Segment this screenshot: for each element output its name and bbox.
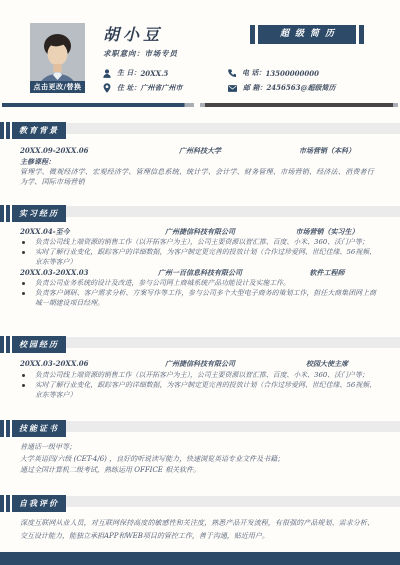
section-strip — [66, 206, 400, 217]
location-pin-icon — [103, 83, 111, 93]
skill-line: 通过全国计算机二级考试，熟练运用 OFFICE 相关软件。 — [20, 465, 374, 477]
bullet-text: 负责公司线上端资源的销售工作（以开拓客户为主），公司主要资源以智汇推、百度、小米… — [35, 370, 376, 380]
section-title-internship: 实习经历 — [12, 205, 66, 222]
mail-icon — [228, 85, 237, 92]
phone-value: 13500000000 — [265, 69, 319, 78]
birthday-value: 20XX.5 — [140, 69, 168, 78]
entry-role: 软件工程师 — [280, 268, 374, 278]
section-header-education: 教育背景 — [0, 122, 400, 139]
email-row: 邮 箱： 2456563@超级简历 — [228, 83, 336, 93]
education-school: 广州科技大学 — [120, 146, 280, 156]
section-accent-bar — [6, 122, 10, 139]
section-strip — [66, 421, 400, 432]
section-title-education: 教育背景 — [12, 122, 66, 139]
entry-company: 广州一百信息科技有限公司 — [120, 268, 280, 278]
entry-role: 市场营销（实习生） — [280, 227, 374, 237]
bullet-dot — [22, 292, 25, 295]
bullet-dot — [22, 282, 25, 285]
internship-entry-row: 20XX.03-20XX.03 广州一百信息科技有限公司 软件工程师 — [20, 268, 374, 278]
brand-badge: 超级简历 — [250, 25, 364, 44]
badge-label: 超级简历 — [258, 25, 356, 44]
photo-replace-button[interactable]: 点击更改/替换 — [30, 81, 85, 93]
internship-entry-row: 20XX.04-至今 广州捷信科技有限公司 市场营销（实习生） — [20, 227, 374, 237]
section-accent-bar — [6, 336, 10, 353]
section-accent-bar — [6, 205, 10, 222]
section-strip — [66, 123, 400, 134]
entry-role: 校园大使主席 — [280, 359, 374, 369]
section-title-evaluation: 自我评价 — [12, 495, 66, 512]
bullet-dot — [22, 384, 25, 387]
header-divider — [0, 103, 400, 107]
section-accent-bar — [0, 495, 4, 512]
bullet-item: 负责公司线上端资源的销售工作（以开拓客户为主），公司主要资源以智汇推、百度、小米… — [22, 237, 376, 247]
entry-date: 20XX.04-至今 — [20, 227, 120, 237]
address-label: 住 址： — [117, 83, 140, 93]
bullet-dot — [22, 251, 25, 254]
entry-date: 20XX.03-20XX.03 — [20, 268, 120, 278]
section-title-campus: 校园经历 — [12, 336, 66, 353]
section-header-internship: 实习经历 — [0, 205, 400, 222]
phone-row: 电 话： 13500000000 — [228, 68, 319, 78]
skill-line: 大学英语四/六级 (CET-4/6) ，良好的听说读写能力，快速浏览英语专业文件… — [20, 454, 374, 466]
person-icon — [103, 69, 111, 78]
section-strip — [66, 337, 400, 348]
bullet-item: 实时了解行业变化，跟踪客户的详细数据，为客户制定更完善的投放计划（合作过珍爱网、… — [22, 380, 376, 400]
email-value: 2456563@超级简历 — [266, 83, 335, 93]
divider-left-bar — [2, 103, 194, 107]
section-title-skills: 技能证书 — [12, 420, 66, 437]
phone-label: 电 话： — [242, 68, 265, 78]
candidate-name: 胡小豆 — [103, 22, 163, 45]
section-accent-bar — [0, 420, 4, 437]
resume-page: 点击更改/替换 胡小豆 求职意向：市场专员 生 日： 20XX.5 住 址： 广… — [0, 0, 400, 565]
skills-list: 普通话一级甲等； 大学英语四/六级 (CET-4/6) ，良好的听说读写能力，快… — [20, 442, 374, 477]
entry-date: 20XX.03-20XX.06 — [20, 359, 120, 369]
bullet-item: 负责客户调研、客户需求分析、方案写作等工作，参与公司多个大型电子商务的策划工作，… — [22, 288, 376, 308]
profile-photo: 点击更改/替换 — [30, 23, 85, 93]
section-strip — [66, 496, 400, 507]
bullet-dot — [22, 374, 25, 377]
bullet-dot — [22, 241, 25, 244]
bullet-text: 负责客户调研、客户需求分析、方案写作等工作，参与公司多个大型电子商务的策划工作，… — [35, 288, 376, 308]
address-value: 广州省广州市 — [140, 83, 182, 93]
address-row: 住 址： 广州省广州市 — [103, 83, 182, 93]
section-accent-bar — [6, 495, 10, 512]
evaluation-text: 深度互联网从业人员，对互联网保持高度的敏感性和关注度，熟悉产品开发流程，有很强的… — [20, 517, 374, 543]
objective-label: 求职意向： — [103, 49, 145, 58]
education-entry-row: 20XX.09-20XX.06 广州科技大学 市场营销（本科） — [20, 146, 374, 156]
bullet-text: 负责公司业务系统的设计及改进，参与公司网上商城系统产品功能设计及实施工作。 — [35, 278, 376, 288]
email-label: 邮 箱： — [243, 83, 266, 93]
section-accent-bar — [0, 205, 4, 222]
section-accent-bar — [6, 420, 10, 437]
section-header-evaluation: 自我评价 — [0, 495, 400, 512]
bullet-text: 实时了解行业变化，跟踪客户的详细数据，为客户制定更完善的投放计划（合作过珍爱网、… — [35, 247, 376, 267]
courses-list: 管理学、微观经济学、宏观经济学、管理信息系统、统计学、会计学、财务管理、市场营销… — [20, 167, 374, 187]
birthday-row: 生 日： 20XX.5 — [103, 68, 168, 78]
section-accent-bar — [0, 122, 4, 139]
campus-entry-row: 20XX.03-20XX.06 广州捷信科技有限公司 校园大使主席 — [20, 359, 374, 369]
courses-label: 主修课程： — [20, 157, 374, 167]
skill-line: 普通话一级甲等； — [20, 442, 374, 454]
objective-value: 市场专员 — [145, 49, 178, 58]
phone-icon — [228, 69, 236, 77]
bullet-text: 实时了解行业变化，跟踪客户的详细数据，为客户制定更完善的投放计划（合作过珍爱网、… — [35, 380, 376, 400]
bullet-item: 负责公司线上端资源的销售工作（以开拓客户为主），公司主要资源以智汇推、百度、小米… — [22, 370, 376, 380]
education-degree: 市场营销（本科） — [280, 146, 374, 156]
section-header-skills: 技能证书 — [0, 420, 400, 437]
bullet-item: 实时了解行业变化，跟踪客户的详细数据，为客户制定更完善的投放计划（合作过珍爱网、… — [22, 247, 376, 267]
entry-company: 广州捷信科技有限公司 — [120, 359, 280, 369]
entry-company: 广州捷信科技有限公司 — [120, 227, 280, 237]
education-date: 20XX.09-20XX.06 — [20, 146, 120, 156]
birthday-label: 生 日： — [117, 68, 140, 78]
section-accent-bar — [0, 336, 4, 353]
badge-right-bar — [359, 25, 364, 44]
section-header-campus: 校园经历 — [0, 336, 400, 353]
bullet-item: 负责公司业务系统的设计及改进，参与公司网上商城系统产品功能设计及实施工作。 — [22, 278, 376, 288]
footer-bar — [0, 552, 400, 565]
bullet-text: 负责公司线上端资源的销售工作（以开拓客户为主），公司主要资源以智汇推、百度、小米… — [35, 237, 376, 247]
job-objective: 求职意向：市场专员 — [103, 48, 178, 59]
badge-left-bar — [250, 25, 255, 44]
divider-right-bar — [200, 103, 398, 107]
